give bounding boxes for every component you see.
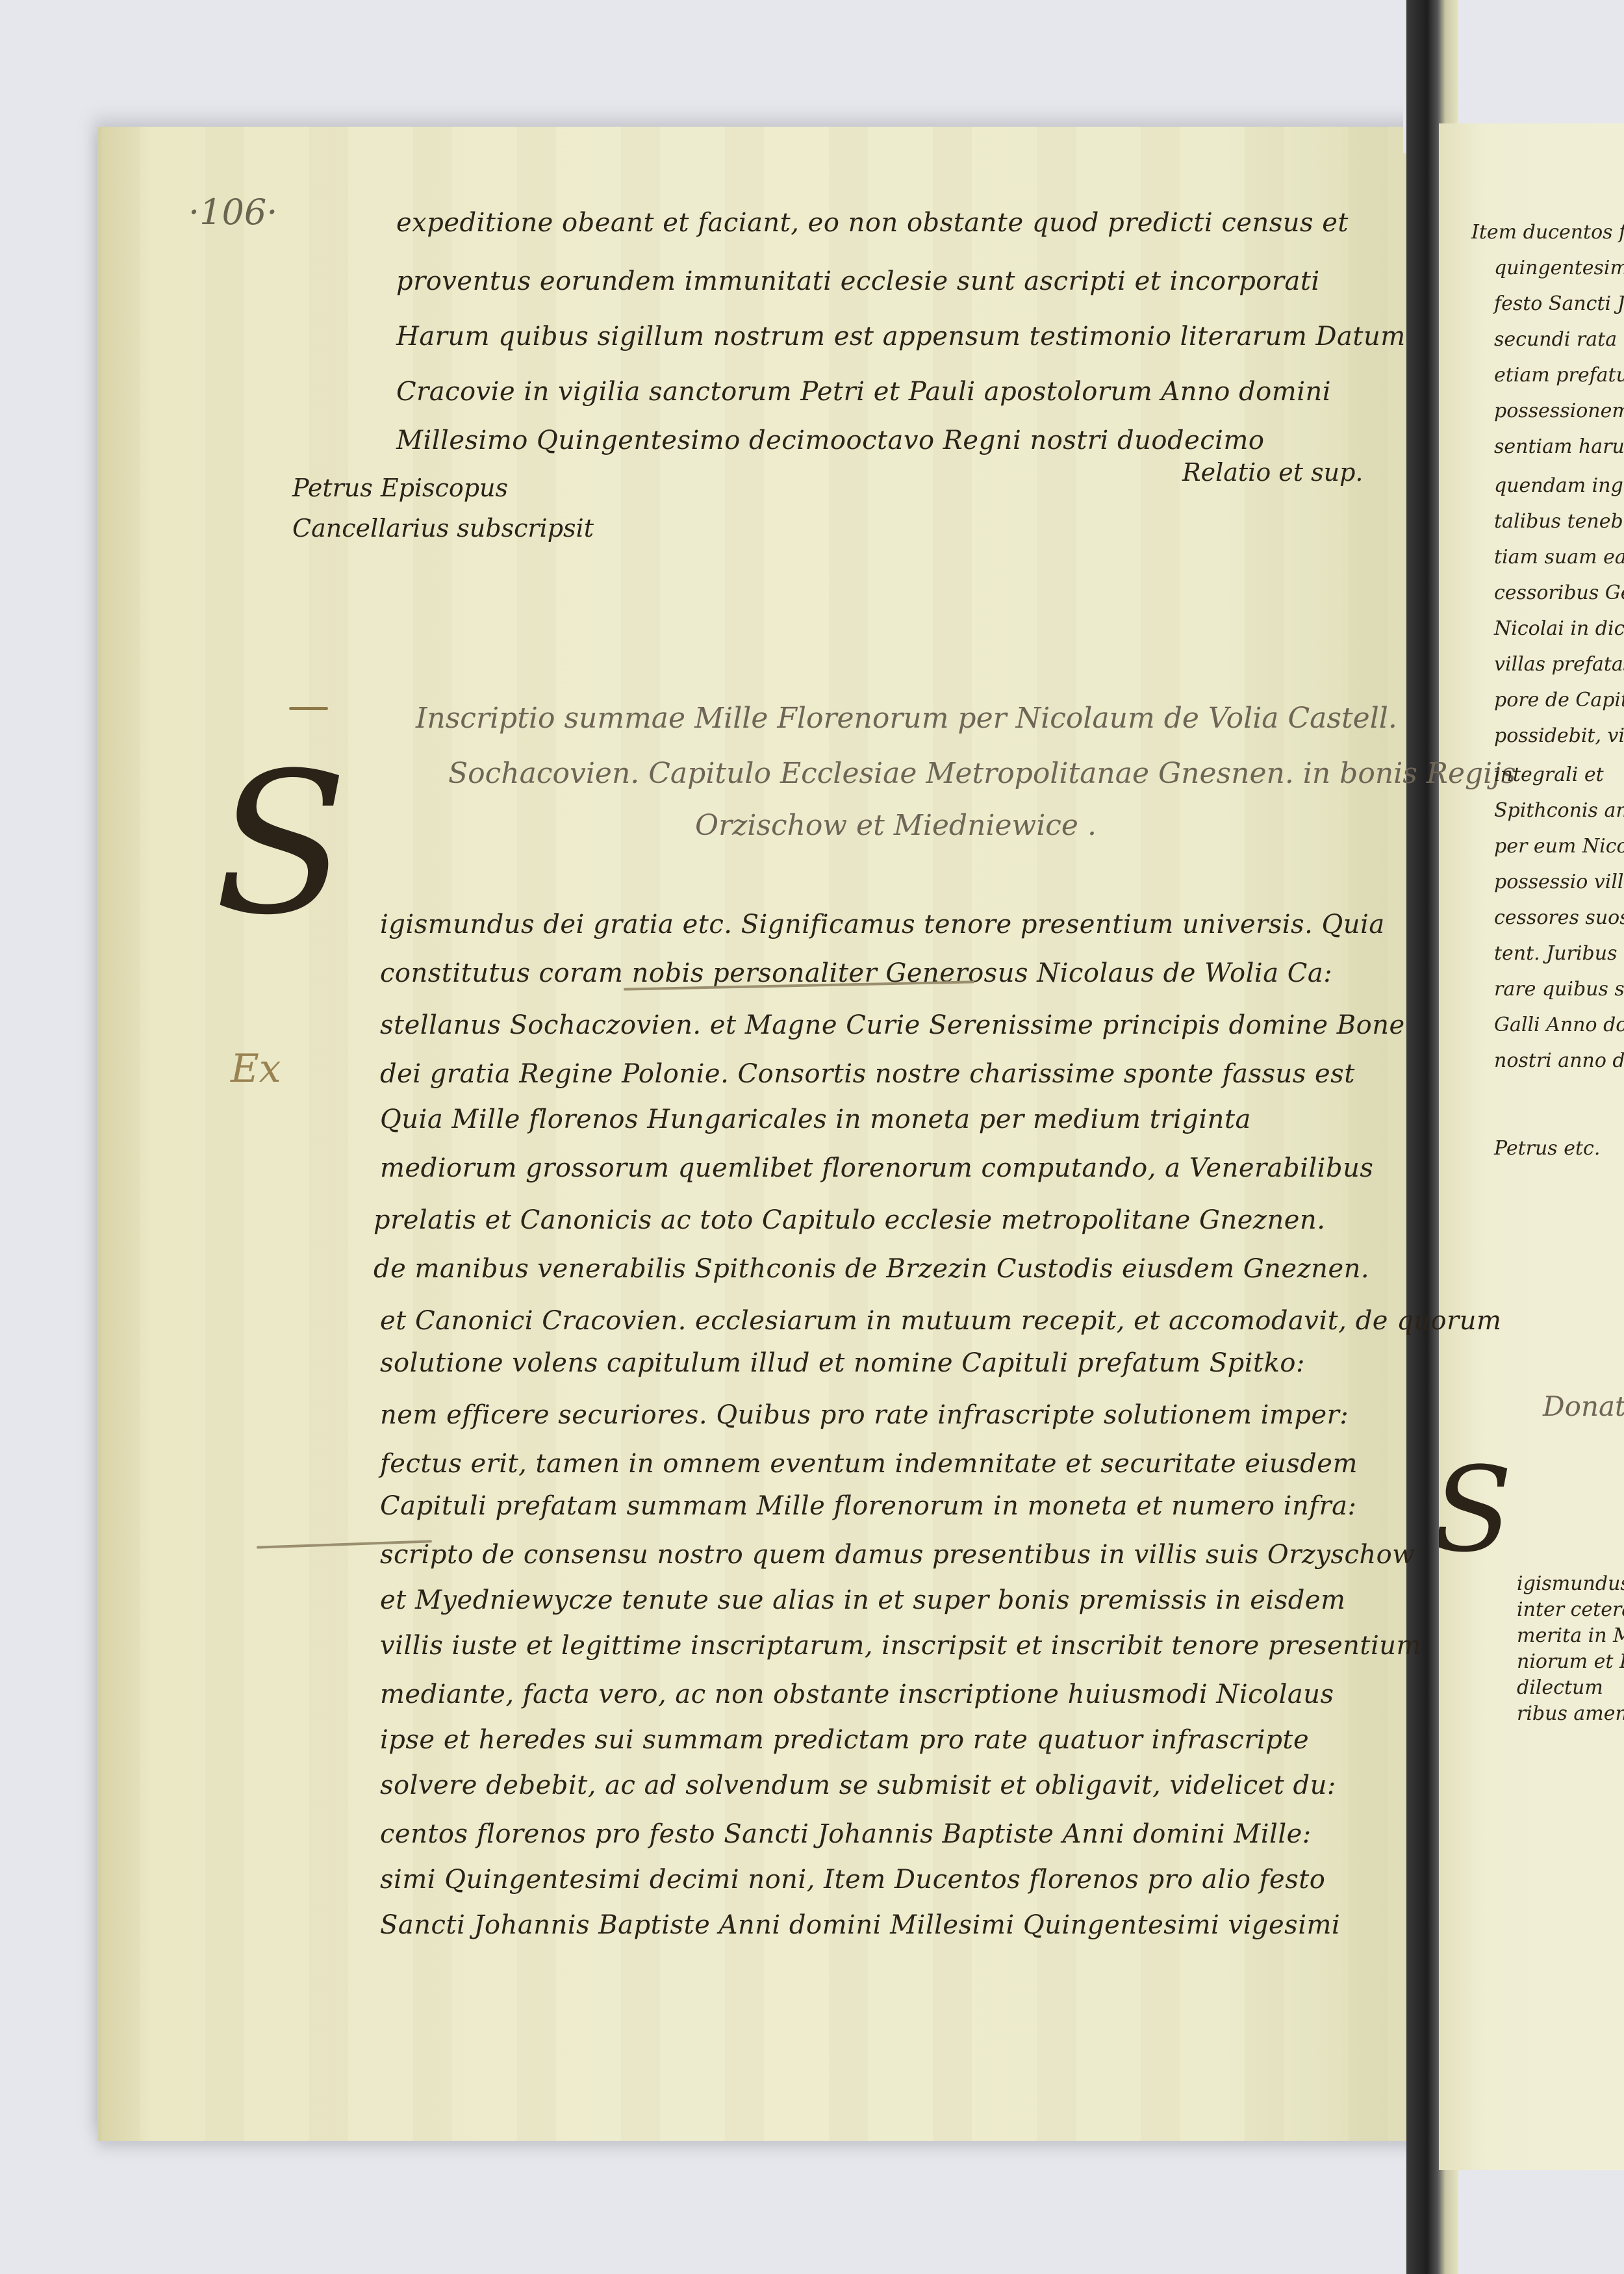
- entry-heading-line: Inscriptio summae Mille Florenorum per N…: [416, 702, 1397, 735]
- text-line: talibus tenebit.: [1494, 510, 1624, 533]
- text-line: Item ducentos f: [1471, 221, 1624, 244]
- text-line: Nicolai in dictis: [1494, 617, 1624, 640]
- signature: Petrus etc.: [1494, 1137, 1600, 1160]
- text-line: igismundus dei: [1517, 1572, 1624, 1595]
- text-line: et Canonici Cracovien. ecclesiarum in mu…: [380, 1306, 1501, 1336]
- manuscript-spread: ·106· expeditione obeant et faciant, eo …: [0, 0, 1624, 2274]
- text-line: rare quibus s: [1494, 978, 1624, 1001]
- text-line: possessio villa: [1494, 871, 1624, 893]
- text-line: cessoribus Generos: [1494, 581, 1624, 604]
- text-line: possidebit, villa: [1494, 724, 1624, 747]
- text-line: etiam prefatus: [1494, 364, 1624, 387]
- text-line: tent. Juribus: [1494, 942, 1617, 965]
- text-line: dei gratia Regine Polonie. Consortis nos…: [380, 1059, 1355, 1089]
- text-line: festo Sancti Jo: [1494, 292, 1624, 315]
- text-line: pore de Capitulo: [1494, 689, 1624, 711]
- folio-number: ·106·: [188, 192, 277, 233]
- text-line: mediorum grossorum quemlibet florenorum …: [380, 1153, 1373, 1183]
- text-line: scripto de consensu nostro quem damus pr…: [380, 1540, 1415, 1570]
- text-line: villis iuste et legittime inscriptarum, …: [380, 1631, 1421, 1661]
- text-line: de manibus venerabilis Spithconis de Brz…: [374, 1254, 1369, 1284]
- text-line: ribus amen: [1517, 1702, 1624, 1725]
- signature-line: Petrus Episcopus: [292, 468, 594, 508]
- donatio-heading: Donatio: [1543, 1390, 1624, 1422]
- text-line: tiam suam eas: [1494, 546, 1624, 568]
- text-line: Capituli prefatam summam Mille florenoru…: [380, 1491, 1356, 1521]
- text-line: prelatis et Canonicis ac toto Capitulo e…: [374, 1205, 1325, 1235]
- text-line: ipse et heredes sui summam predictam pro…: [380, 1725, 1309, 1755]
- text-line: niorum et Exe: [1517, 1650, 1624, 1673]
- entry-heading-line: Orzischow et Miedniewice .: [695, 809, 1097, 842]
- text-line: quendam ingredie: [1494, 474, 1624, 497]
- text-line: Quia Mille florenos Hungaricales in mone…: [380, 1105, 1251, 1134]
- text-line: centos florenos pro festo Sancti Johanni…: [380, 1819, 1312, 1849]
- text-line: proventus eorundem immunitati ecclesie s…: [396, 266, 1320, 296]
- text-line: stellanus Sochaczovien. et Magne Curie S…: [380, 1010, 1405, 1040]
- text-line: Spithconis ante: [1494, 799, 1624, 822]
- text-line: merita in Ma: [1517, 1624, 1624, 1647]
- text-line: et Myedniewycze tenute sue alias in et s…: [380, 1585, 1345, 1615]
- text-line: fectus erit, tamen in omnem eventum inde…: [380, 1449, 1358, 1479]
- text-line: igismundus dei gratia etc. Significamus …: [380, 910, 1385, 939]
- text-line: inter cetera ge: [1517, 1598, 1624, 1621]
- text-line: dilectum: [1517, 1676, 1603, 1699]
- text-line: mediante, facta vero, ac non obstante in…: [380, 1680, 1334, 1709]
- text-line: Galli Anno do: [1494, 1014, 1624, 1036]
- text-line: sentiam harum a: [1494, 435, 1624, 458]
- text-line: Millesimo Quingentesimo decimooctavo Reg…: [396, 426, 1264, 455]
- text-line: nostri anno duode: [1494, 1049, 1624, 1072]
- margin-dash-mark: [289, 707, 328, 710]
- text-line: integrali et: [1494, 763, 1604, 786]
- text-line: Harum quibus sigillum nostrum est appens…: [396, 322, 1406, 351]
- text-line: nem efficere securiores. Quibus pro rate…: [380, 1400, 1349, 1430]
- text-line: quingentesimi v: [1494, 257, 1624, 279]
- right-page-text: Item ducentos f quingentesimi v festo Sa…: [1439, 123, 1624, 2170]
- decorated-initial-s: S: [1439, 1452, 1512, 1569]
- text-line: simi Quingentesimi decimi noni, Item Duc…: [380, 1865, 1325, 1895]
- decorated-initial-s: S: [214, 747, 348, 942]
- text-line: villas prefatas: [1494, 653, 1624, 676]
- text-line: solvere debebit, ac ad solvendum se subm…: [380, 1770, 1336, 1800]
- text-line: expeditione obeant et faciant, eo non ob…: [396, 208, 1349, 238]
- margin-note-ex: Ex: [231, 1046, 281, 1092]
- relatio-note: Relatio et sup.: [1182, 458, 1364, 487]
- text-line: Cracovie in vigilia sanctorum Petri et P…: [396, 377, 1331, 407]
- signature-line: Cancellarius subscripsit: [292, 508, 594, 548]
- text-line: secundi rata: [1494, 328, 1617, 351]
- text-line: Sancti Johannis Baptiste Anni domini Mil…: [380, 1910, 1340, 1940]
- entry-heading-line: Sochacovien. Capitulo Ecclesiae Metropol…: [448, 757, 1516, 790]
- text-line: possessionem villa: [1494, 400, 1624, 422]
- text-line: cessores suos: [1494, 906, 1624, 929]
- text-line: per eum Nicola: [1494, 835, 1624, 858]
- text-line: solutione volens capitulum illud et nomi…: [380, 1348, 1305, 1378]
- signature-chancellor: Petrus Episcopus Cancellarius subscripsi…: [292, 468, 594, 548]
